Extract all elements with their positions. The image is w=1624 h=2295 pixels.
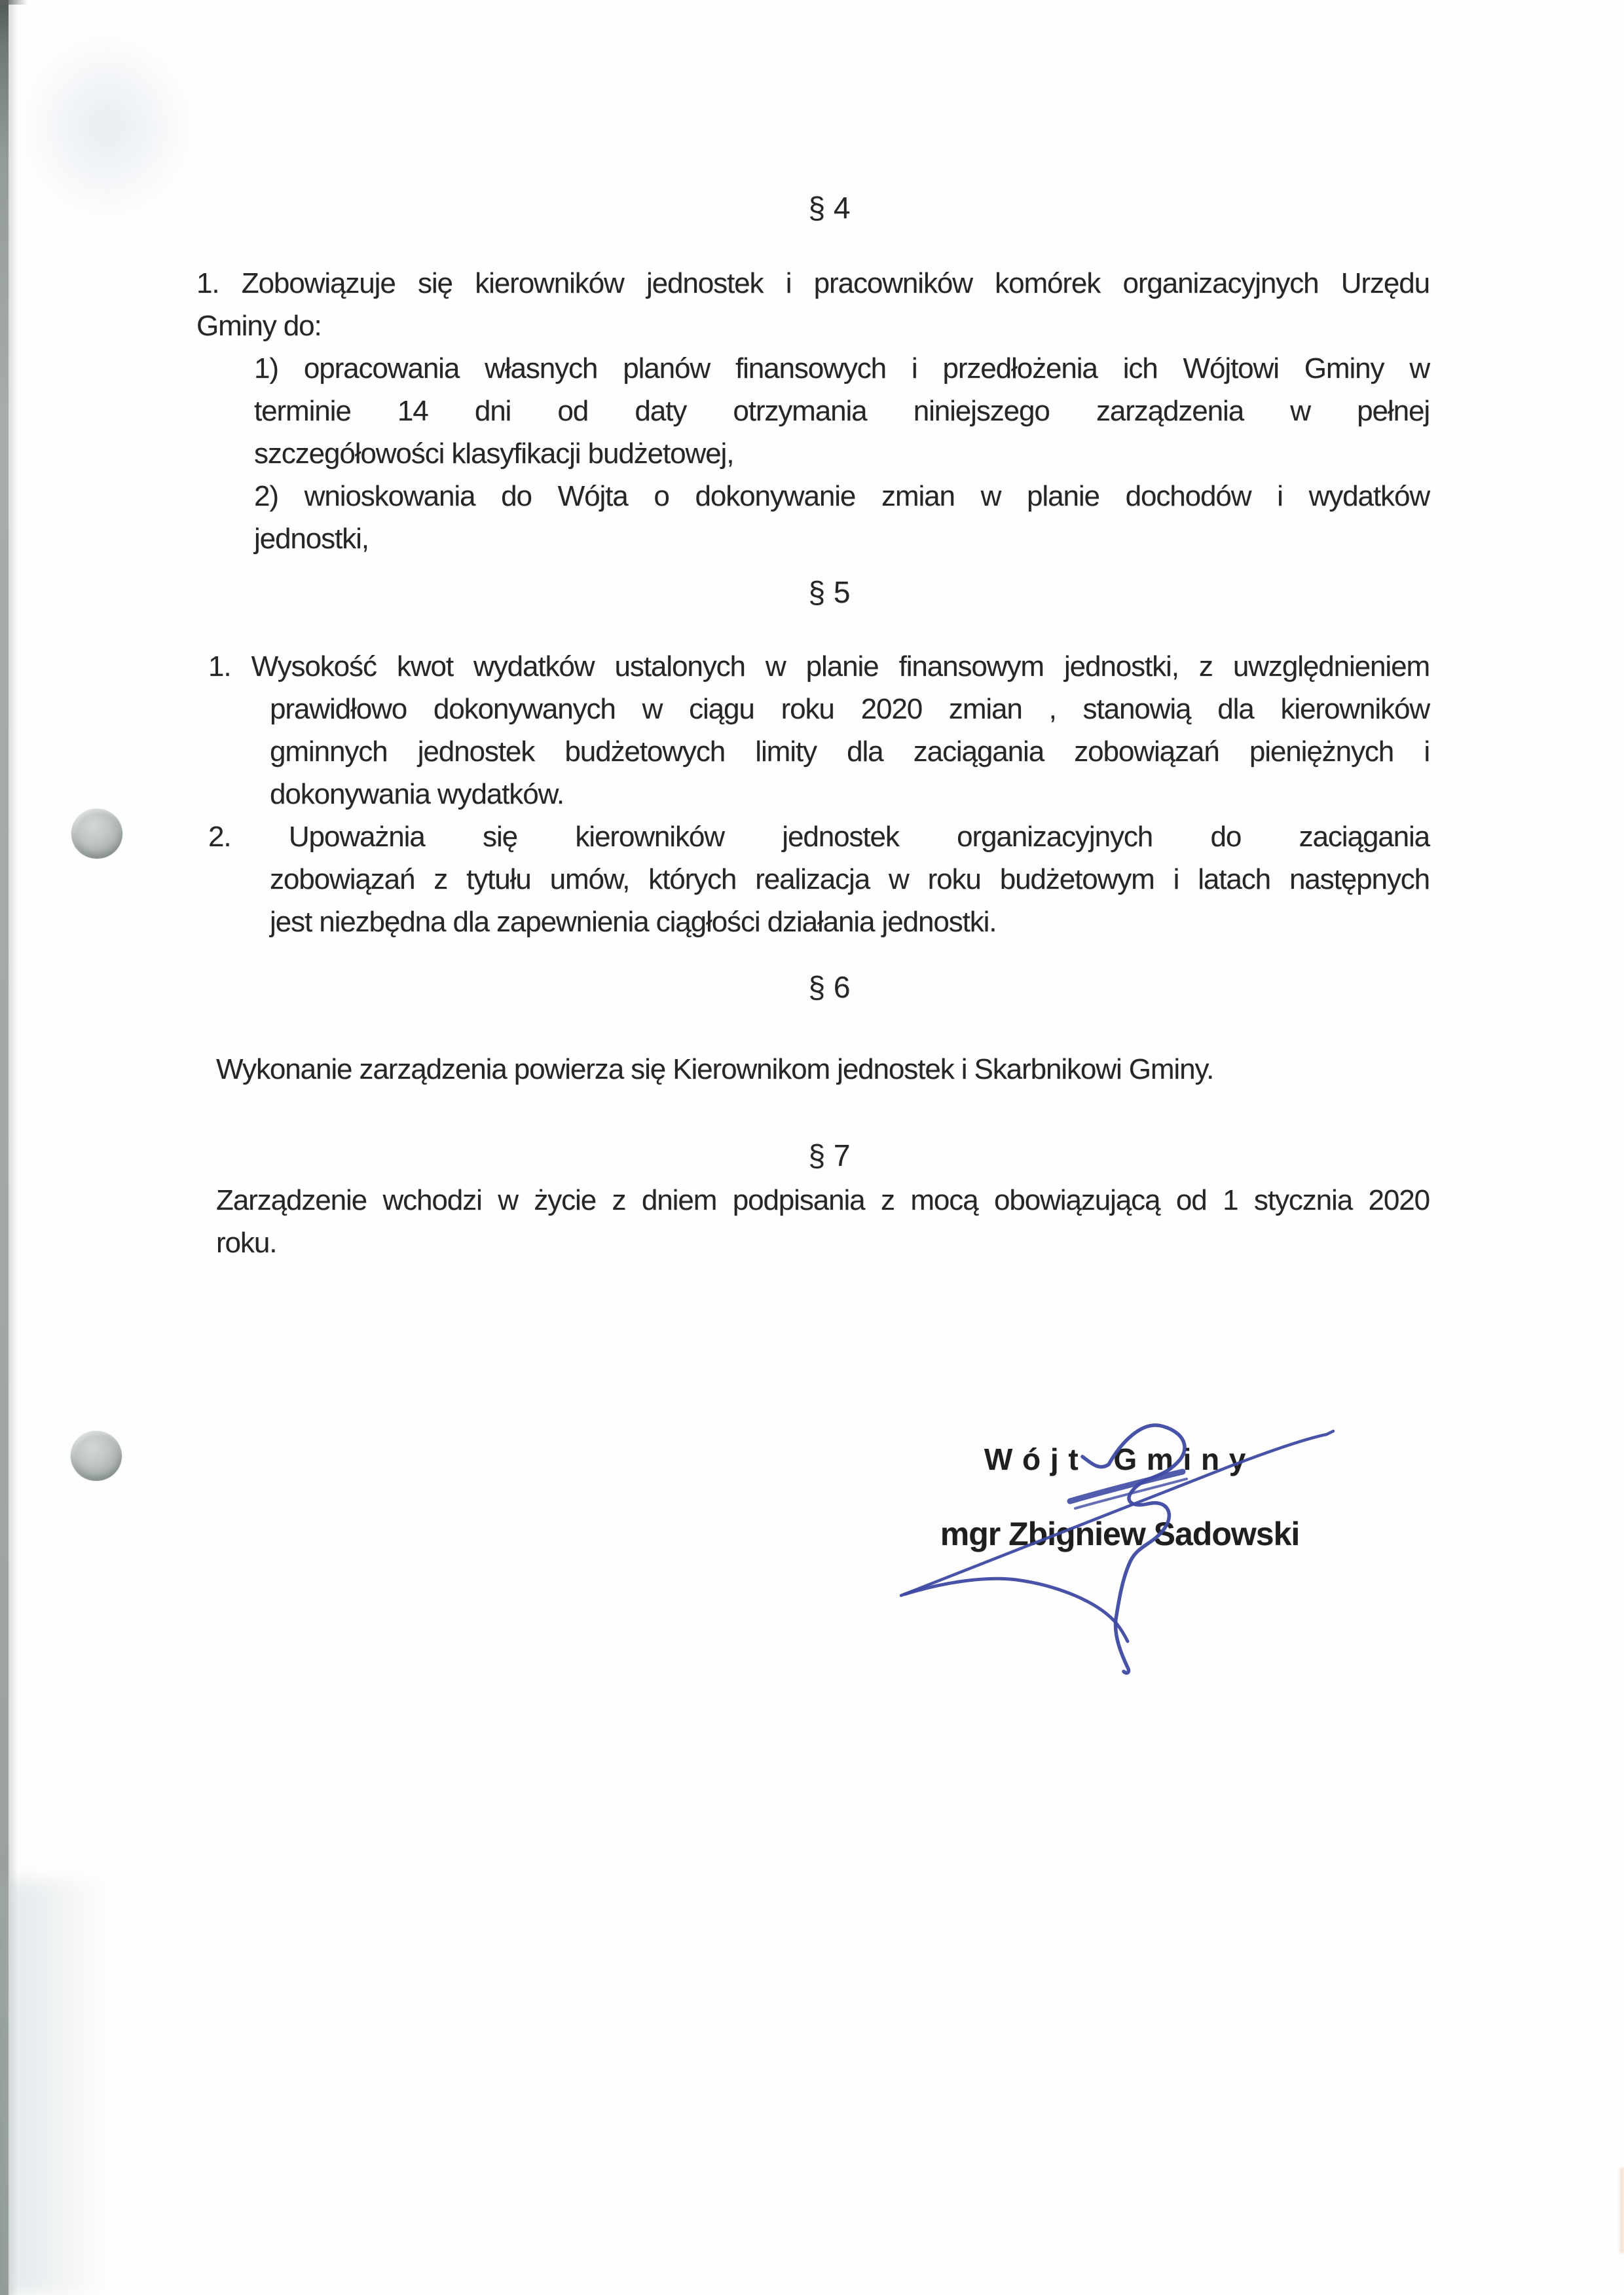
section-7-line-2: roku.	[196, 1222, 1430, 1264]
scanned-document-page: § 4 1. Zobowiązuje się kierowników jedno…	[0, 0, 1624, 2295]
section-5-heading: § 5	[213, 571, 1446, 614]
scan-corner-mark	[0, 0, 28, 5]
section-5-item-1-line-1: 1. Wysokość kwot wydatków ustalonych w p…	[196, 645, 1430, 688]
section-5-item-2-line-1: 2. Upoważnia się kierowników jednostek o…	[196, 815, 1430, 858]
section-4-sub-1-line-3: szczegółowości klasyfikacji budżetowej,	[196, 432, 1430, 475]
section-4-heading: § 4	[213, 187, 1446, 229]
scan-smudge	[18, 31, 195, 221]
section-5-item-1-line-2: prawidłowo dokonywanych w ciągu roku 202…	[196, 688, 1430, 730]
section-6-heading: § 6	[213, 966, 1446, 1009]
section-7-body: Zarządzenie wchodzi w życie z dniem podp…	[196, 1179, 1430, 1264]
section-5-item-2-line-2: zobowiązań z tytułu umów, których realiz…	[196, 858, 1430, 901]
scan-edge-sliver	[1620, 2168, 1624, 2253]
handwritten-signature-scribble	[891, 1408, 1349, 1690]
section-4-sub-1-line-2: terminie 14 dni od daty otrzymania ninie…	[196, 390, 1430, 432]
section-4-sub-1-line-1: 1) opracowania własnych planów finansowy…	[196, 347, 1430, 390]
section-6-body: Wykonanie zarządzenia powierza się Kiero…	[196, 1048, 1430, 1091]
hole-punch-bottom	[71, 1431, 122, 1481]
section-7-heading: § 7	[213, 1134, 1446, 1177]
section-6-paragraph: Wykonanie zarządzenia powierza się Kiero…	[196, 1048, 1430, 1091]
hole-punch-top	[71, 809, 122, 859]
section-4-sub-2-line-2: jednostki,	[196, 517, 1430, 560]
section-5-item-1-line-4: dokonywania wydatków.	[196, 773, 1430, 815]
section-5-body: 1. Wysokość kwot wydatków ustalonych w p…	[196, 645, 1430, 943]
section-4-item-1-line-2: Gminy do:	[196, 305, 1430, 347]
scan-shadow-bottom-left	[5, 1880, 110, 2295]
section-5-item-2-line-3: jest niezbędna dla zapewnienia ciągłości…	[196, 901, 1430, 943]
section-4-body: 1. Zobowiązuje się kierowników jednostek…	[196, 262, 1430, 560]
section-5-item-1-line-3: gminnych jednostek budżetowych limity dl…	[196, 730, 1430, 773]
section-7-line-1: Zarządzenie wchodzi w życie z dniem podp…	[196, 1179, 1430, 1222]
section-4-sub-2-line-1: 2) wnioskowania do Wójta o dokonywanie z…	[196, 475, 1430, 517]
section-4-item-1-line-1: 1. Zobowiązuje się kierowników jednostek…	[196, 262, 1430, 305]
